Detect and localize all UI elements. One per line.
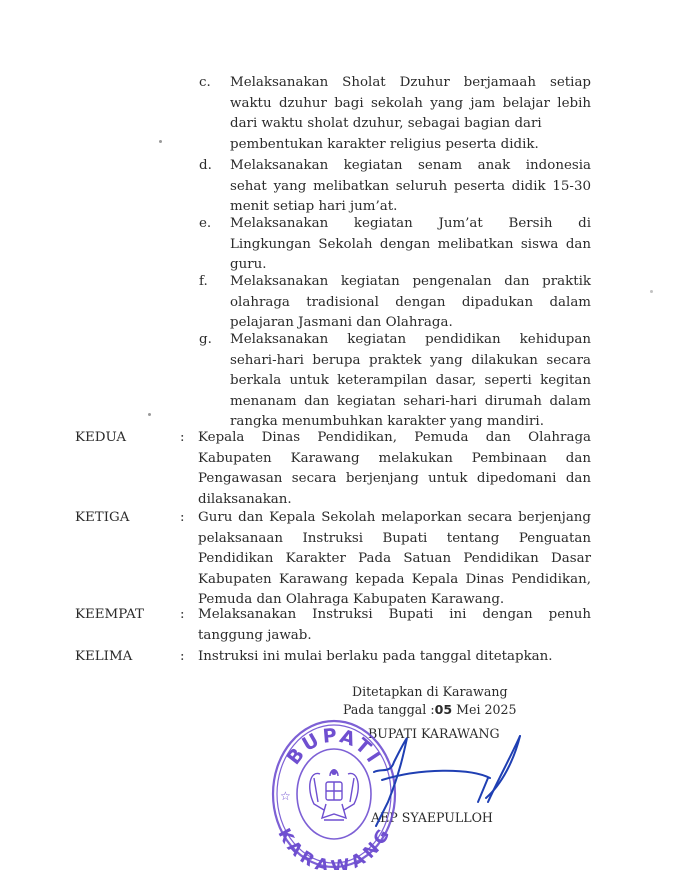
clause-label: KETIGA (75, 508, 129, 529)
item-letter: d. (199, 156, 212, 177)
scan-speck (159, 140, 162, 143)
item-line: sehat yang melibatkan seluruh peserta di… (230, 177, 591, 198)
clause-keempat: KEEMPAT : Melaksanakan Instruksi Bupati … (75, 605, 591, 646)
date-rest: Mei 2025 (452, 702, 516, 717)
list-item-g: g. Melaksanakan kegiatan pendidikan kehi… (199, 330, 591, 433)
item-letter: c. (199, 73, 211, 94)
clause-colon: : (180, 428, 185, 449)
clause-line: Instruksi ini mulai berlaku pada tanggal… (198, 647, 591, 668)
date-prefix: Pada tanggal : (343, 702, 435, 717)
clause-line: Pendidikan Karakter Pada Satuan Pendidik… (198, 549, 591, 570)
list-item-c: c. Melaksanakan Sholat Dzuhur berjamaah … (199, 73, 591, 155)
list-item-f: f. Melaksanakan kegiatan pengenalan dan … (199, 272, 591, 334)
item-line: berkala untuk keterampilan dasar, sepert… (230, 371, 591, 392)
svg-text:☆: ☆ (280, 789, 291, 803)
list-item-d: d. Melaksanakan kegiatan senam anak indo… (199, 156, 591, 218)
item-letter: f. (199, 272, 208, 293)
place-line: Ditetapkan di Karawang (352, 684, 508, 699)
clause-line: Kabupaten Karawang kepada Kepala Dinas P… (198, 570, 591, 591)
item-line: Melaksanakan Sholat Dzuhur berjamaah set… (230, 73, 591, 94)
item-line: Lingkungan Sekolah dengan melibatkan sis… (230, 235, 591, 256)
clause-colon: : (180, 605, 185, 626)
handwritten-signature-icon (360, 732, 530, 832)
clause-colon: : (180, 647, 185, 668)
item-line: Melaksanakan kegiatan Jum’at Bersih di (230, 214, 591, 235)
item-line: Melaksanakan kegiatan pendidikan kehidup… (230, 330, 591, 351)
item-line: pembentukan karakter religius peserta di… (230, 135, 591, 156)
item-line: olahraga tradisional dengan dipadukan da… (230, 293, 591, 314)
clause-label: KEDUA (75, 428, 126, 449)
scan-speck (650, 290, 653, 293)
clause-line: Kabupaten Karawang melakukan Pembinaan d… (198, 449, 591, 470)
item-letter: e. (199, 214, 211, 235)
clause-kedua: KEDUA : Kepala Dinas Pendidikan, Pemuda … (75, 428, 591, 510)
svg-text:KARAWANG: KARAWANG (273, 825, 394, 870)
item-line: sehari-hari berupa praktek yang dilakuka… (230, 351, 591, 372)
scan-speck (148, 413, 151, 416)
clause-colon: : (180, 508, 185, 529)
clause-line: tanggung jawab. (198, 626, 591, 647)
signature-date: Pada tanggal :05 Mei 2025 (343, 701, 517, 719)
clause-label: KELIMA (75, 647, 132, 668)
clause-line: Kepala Dinas Pendidikan, Pemuda dan Olah… (198, 428, 591, 449)
item-letter: g. (199, 330, 212, 351)
list-item-e: e. Melaksanakan kegiatan Jum’at Bersih d… (199, 214, 591, 276)
clause-kelima: KELIMA : Instruksi ini mulai berlaku pad… (75, 647, 591, 668)
clause-line: pelaksanaan Instruksi Bupati tentang Pen… (198, 529, 591, 550)
item-line: Melaksanakan kegiatan senam anak indones… (230, 156, 591, 177)
clause-line: Guru dan Kepala Sekolah melaporkan secar… (198, 508, 591, 529)
item-line: Melaksanakan kegiatan pengenalan dan pra… (230, 272, 591, 293)
item-line: menanam dan kegiatan sehari-hari dirumah… (230, 392, 591, 413)
clause-label: KEEMPAT (75, 605, 144, 626)
clause-ketiga: KETIGA : Guru dan Kepala Sekolah melapor… (75, 508, 591, 611)
item-line: waktu dzuhur bagi sekolah yang jam belaj… (230, 94, 591, 115)
document-page: c. Melaksanakan Sholat Dzuhur berjamaah … (0, 0, 686, 881)
signature-place: Ditetapkan di Karawang (352, 683, 508, 701)
clause-line: Melaksanakan Instruksi Bupati ini dengan… (198, 605, 591, 626)
date-day: 05 (435, 702, 453, 717)
clause-line: Pengawasan secara berjenjang untuk diped… (198, 469, 591, 490)
item-line: dari waktu sholat dzuhur, sebagai bagian… (230, 114, 591, 135)
